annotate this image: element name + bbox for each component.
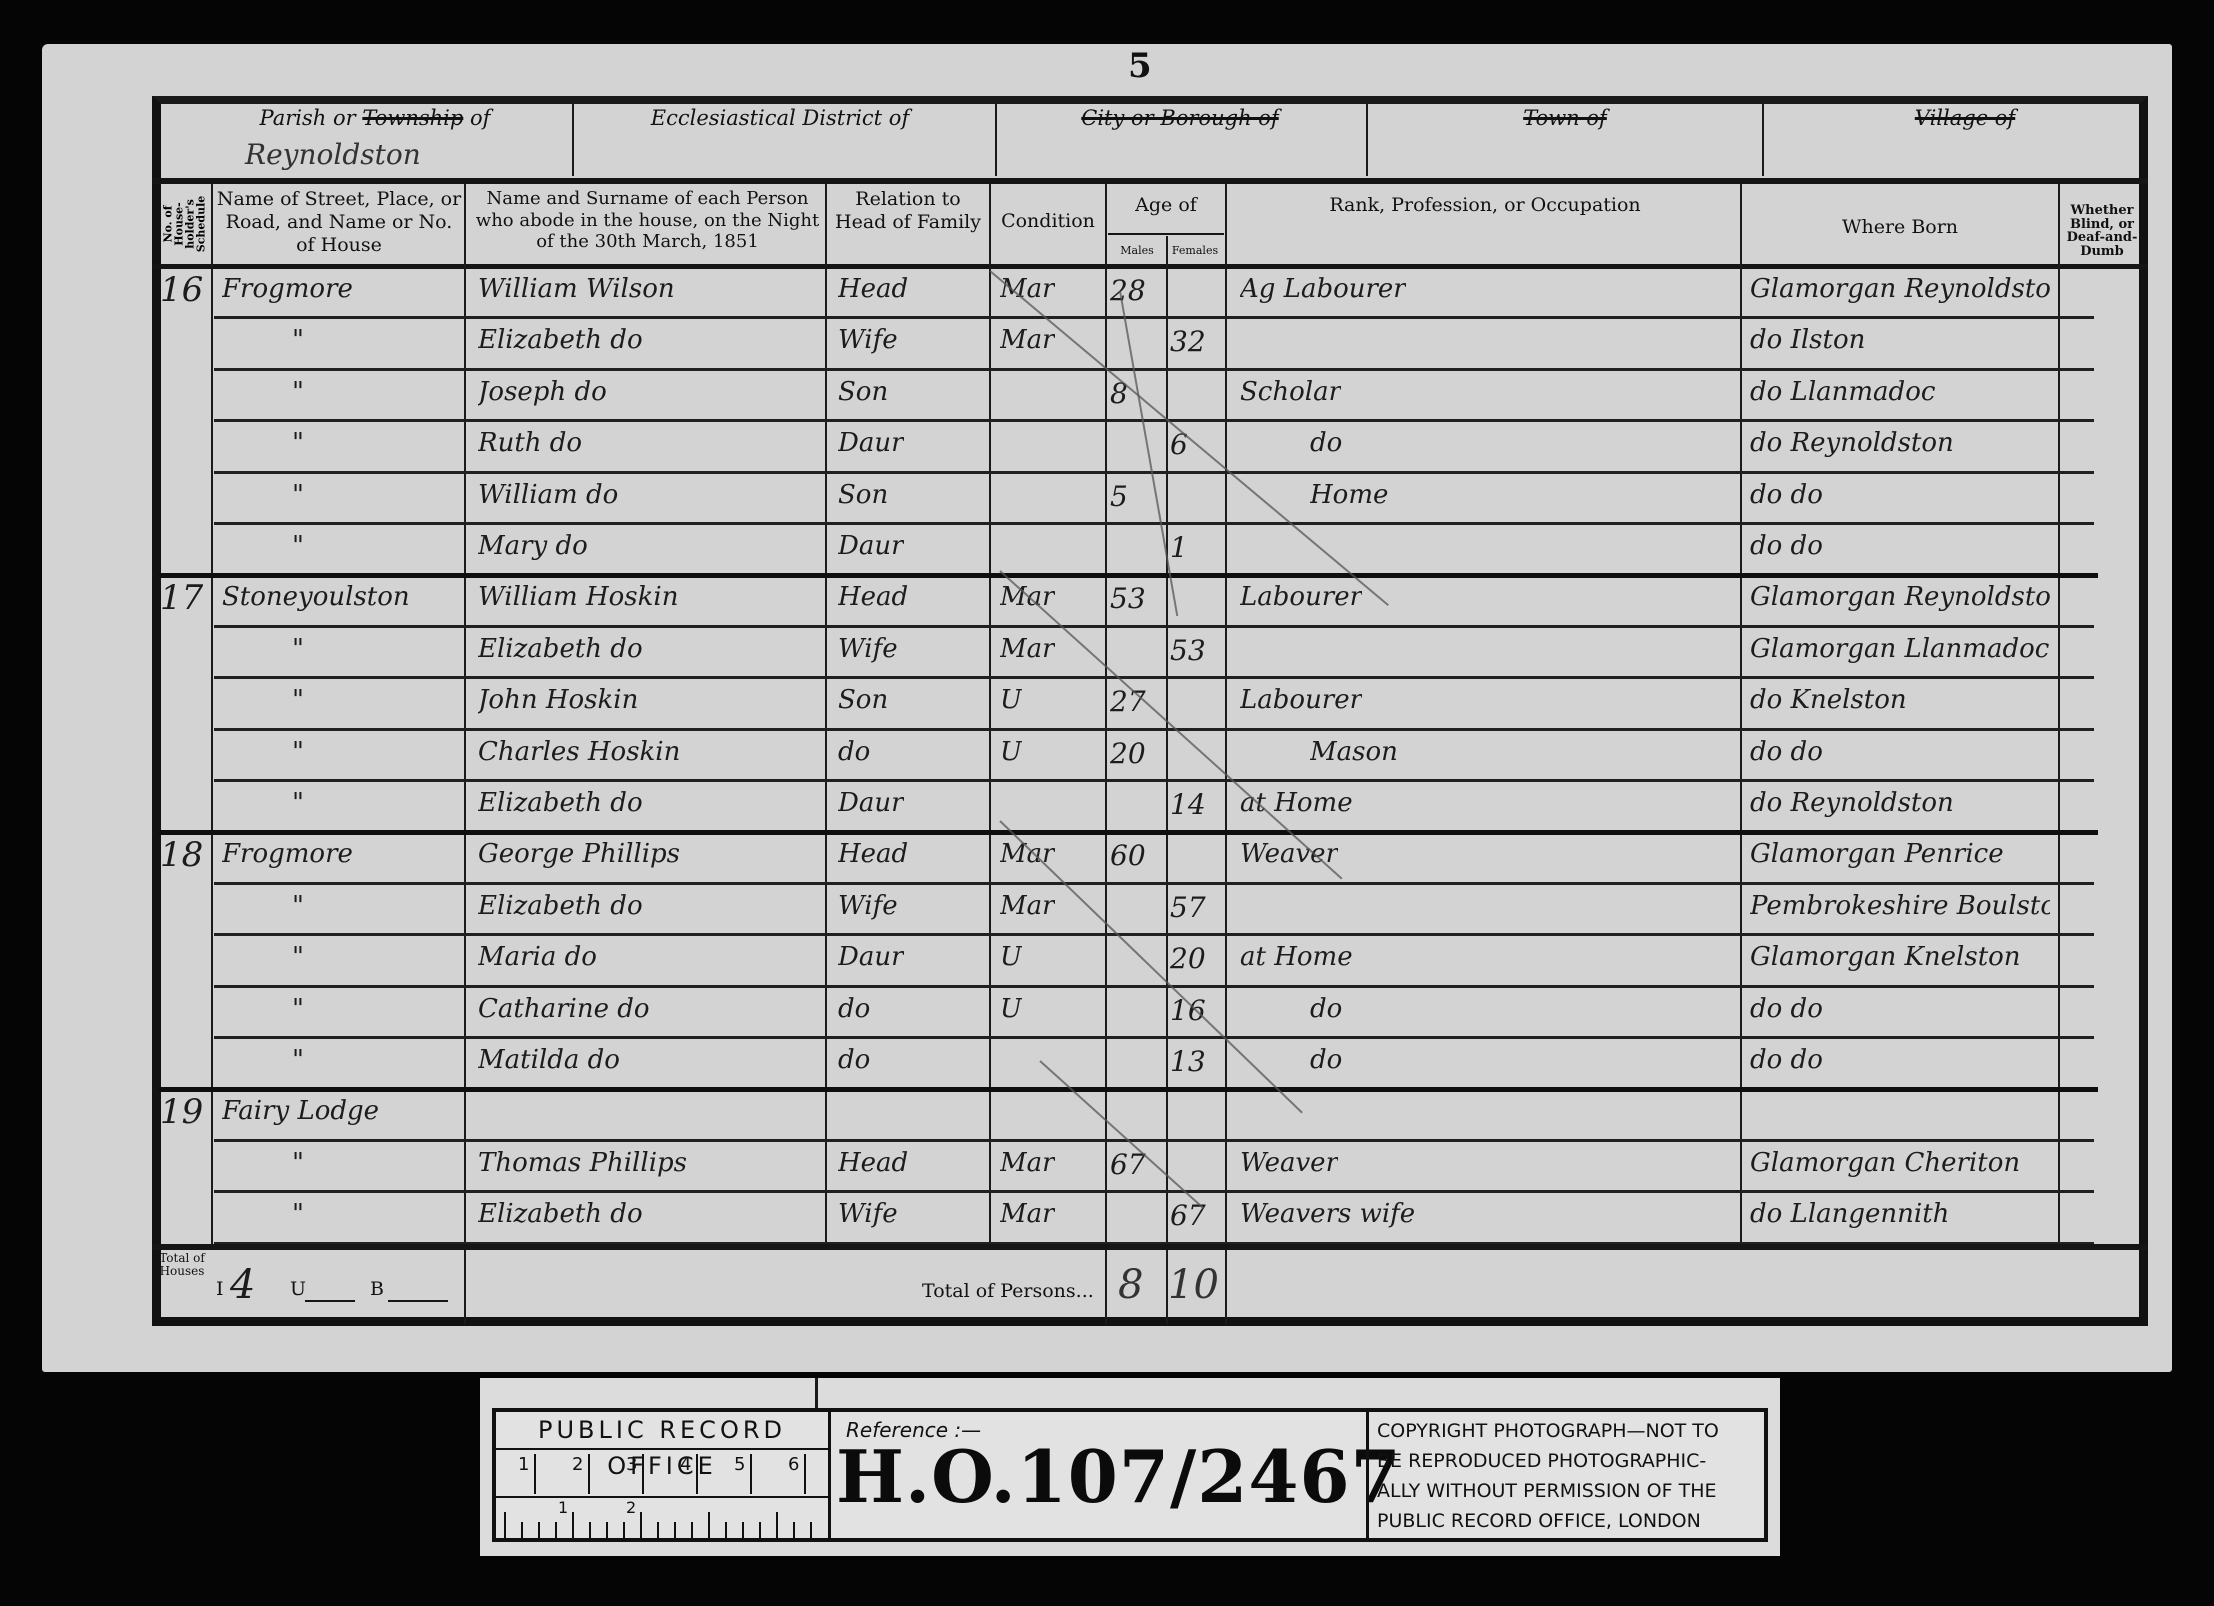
- ruler-tick: [657, 1522, 659, 1540]
- cell-name: Elizabeth do: [478, 634, 643, 664]
- cell-name: Elizabeth do: [478, 788, 643, 818]
- cell-where-born: do do: [1750, 1045, 1823, 1075]
- city-borough-label: City or Borough of: [1010, 106, 1350, 131]
- cell-occupation: Labourer: [1240, 582, 1362, 612]
- ruler-tick: [804, 1454, 806, 1494]
- cell-street: ": [292, 891, 304, 921]
- cell-where-born: do Reynoldston: [1750, 428, 1954, 458]
- ruler-number: 6: [788, 1454, 799, 1475]
- copyright-line: COPYRIGHT PHOTOGRAPH—NOT TO: [1377, 1416, 1764, 1446]
- cell-name: George Phillips: [478, 839, 680, 869]
- cell-where-born: do Llangennith: [1750, 1199, 1949, 1229]
- cell-schedule: 16: [160, 270, 203, 310]
- col-header-occupation: Rank, Profession, or Occupation: [1300, 194, 1670, 217]
- cell-occupation: Weavers wife: [1240, 1199, 1415, 1229]
- ruler-tick: [708, 1512, 710, 1540]
- ruler-tick: [810, 1522, 812, 1540]
- cell-relation: Daur: [838, 942, 904, 972]
- cell-street: Stoneyoulston: [222, 582, 410, 612]
- cell-occupation: Weaver: [1240, 1148, 1338, 1178]
- cell-condition: Mar: [1000, 1148, 1055, 1178]
- cell-relation: Son: [838, 377, 888, 407]
- col-header-relation: Relation to Head of Family: [830, 188, 986, 234]
- row-rule: [214, 625, 2094, 628]
- household-divider: [158, 830, 2098, 835]
- row-rule: [214, 419, 2094, 422]
- cell-name: Elizabeth do: [478, 1199, 643, 1229]
- cell-relation: Head: [838, 582, 908, 612]
- ruler-tick: [759, 1522, 761, 1540]
- ruler-tick: [793, 1522, 795, 1540]
- row-rule: [214, 522, 2094, 525]
- uninhabited-blank: [305, 1300, 355, 1302]
- cell-female-age: 14: [1170, 788, 1206, 821]
- cell-occupation: do: [1310, 1045, 1342, 1075]
- cell-where-born: Glamorgan Cheriton: [1750, 1148, 2020, 1178]
- row-rule: [214, 316, 2094, 319]
- col-line: [1105, 184, 1107, 1324]
- cell-where-born: Glamorgan Knelston: [1750, 942, 2021, 972]
- ruler-number: 1: [518, 1454, 529, 1475]
- cell-female-age: 16: [1170, 994, 1206, 1027]
- cell-where-born: Glamorgan Llanmadoc: [1750, 634, 2049, 664]
- cell-condition: U: [1000, 994, 1022, 1024]
- cell-condition: U: [1000, 737, 1022, 767]
- column-header-divider: [152, 264, 2148, 269]
- ruler-number: 5: [734, 1454, 745, 1475]
- cell-condition: U: [1000, 942, 1022, 972]
- cell-name: Elizabeth do: [478, 891, 643, 921]
- cell-female-age: 53: [1170, 634, 1206, 667]
- totals-divider-top: [152, 1244, 2148, 1250]
- cell-street: ": [292, 428, 304, 458]
- ruler-number: 2: [572, 1454, 583, 1475]
- row-rule: [214, 1139, 2094, 1142]
- cell-relation: do: [838, 994, 870, 1024]
- copyright-line: BE REPRODUCED PHOTOGRAPHIC-: [1377, 1446, 1764, 1476]
- cell-street: ": [292, 737, 304, 767]
- cell-occupation: Mason: [1310, 737, 1398, 767]
- cell-where-born: Pembrokeshire Boulston: [1750, 891, 2050, 921]
- cell-street: ": [292, 1199, 304, 1229]
- ruler-inches: 123456: [496, 1450, 828, 1498]
- header-sep: [1762, 104, 1764, 176]
- cell-street: Frogmore: [222, 839, 353, 869]
- household-divider: [158, 573, 2098, 578]
- cell-name: Thomas Phillips: [478, 1148, 687, 1178]
- cell-name: Maria do: [478, 942, 597, 972]
- cell-condition: Mar: [1000, 634, 1055, 664]
- ruler-tick: [674, 1522, 676, 1540]
- ruler-tick: [725, 1522, 727, 1540]
- ruler-tick: [588, 1454, 590, 1494]
- cell-name: Joseph do: [478, 377, 607, 407]
- cell-female-age: 13: [1170, 1045, 1206, 1078]
- row-rule: [214, 728, 2094, 731]
- cell-occupation: Ag Labourer: [1240, 274, 1406, 304]
- parish-value: Reynoldston: [245, 138, 421, 171]
- cell-where-born: Glamorgan Reynoldston: [1750, 582, 2050, 612]
- cell-where-born: do Reynoldston: [1750, 788, 1954, 818]
- cell-name: Charles Hoskin: [478, 737, 680, 767]
- ruler-number: 4: [680, 1454, 691, 1475]
- ruler-tick: [555, 1522, 557, 1540]
- row-rule: [214, 368, 2094, 371]
- cell-male-age: 60: [1110, 839, 1146, 872]
- cell-name: Mary do: [478, 531, 588, 561]
- cell-where-born: do do: [1750, 994, 1823, 1024]
- stamp-tick: [815, 1378, 818, 1410]
- cell-where-born: do Llanmadoc: [1750, 377, 1935, 407]
- ruler-tick: [750, 1454, 752, 1494]
- cell-relation: Head: [838, 839, 908, 869]
- row-rule: [214, 882, 2094, 885]
- cell-relation: Son: [838, 480, 888, 510]
- cell-street: ": [292, 994, 304, 1024]
- total-houses-label: Total of Houses: [156, 1252, 208, 1277]
- row-rule: [214, 471, 2094, 474]
- reference-value: H.O.107/2467: [836, 1434, 1402, 1519]
- age-divider: [1108, 233, 1224, 235]
- cell-female-age: 32: [1170, 325, 1206, 358]
- cell-condition: Mar: [1000, 891, 1055, 921]
- cell-relation: Head: [838, 274, 908, 304]
- building-blank: [388, 1300, 448, 1302]
- cell-name: William Wilson: [478, 274, 675, 304]
- cell-relation: Son: [838, 685, 888, 715]
- ruler-tick: [696, 1454, 698, 1494]
- total-males: 8: [1118, 1262, 1143, 1308]
- col-header-where-born: Where Born: [1745, 216, 2055, 239]
- cell-occupation: Weaver: [1240, 839, 1338, 869]
- cell-relation: Wife: [838, 1199, 898, 1229]
- copyright-line: ALLY WITHOUT PERMISSION OF THE: [1377, 1476, 1764, 1506]
- village-label: Village of: [1800, 106, 2130, 131]
- public-record-office-stamp: PUBLIC RECORD OFFICE 123456 12 Reference…: [480, 1378, 1780, 1556]
- ruler-tick: [742, 1522, 744, 1540]
- col-header-males: Males: [1108, 244, 1166, 257]
- cell-schedule: 17: [160, 578, 203, 618]
- cell-schedule: 18: [160, 835, 203, 875]
- stamp-box: PUBLIC RECORD OFFICE 123456 12 Reference…: [492, 1408, 1768, 1542]
- cell-condition: U: [1000, 685, 1022, 715]
- cell-relation: do: [838, 737, 870, 767]
- household-divider: [158, 1087, 2098, 1092]
- cell-occupation: at Home: [1240, 942, 1353, 972]
- cell-relation: Wife: [838, 891, 898, 921]
- town-label: Town of: [1400, 106, 1730, 131]
- copyright-line: PUBLIC RECORD OFFICE, LONDON: [1377, 1506, 1764, 1536]
- cell-street: ": [292, 325, 304, 355]
- cell-occupation: Scholar: [1240, 377, 1341, 407]
- cell-where-born: do Ilston: [1750, 325, 1865, 355]
- ecclesiastical-district-label: Ecclesiastical District of: [600, 106, 960, 131]
- ruler-tick: [642, 1454, 644, 1494]
- cell-where-born: do Knelston: [1750, 685, 1907, 715]
- cell-street: ": [292, 788, 304, 818]
- cell-occupation: Home: [1310, 480, 1388, 510]
- copyright-notice: COPYRIGHT PHOTOGRAPH—NOT TOBE REPRODUCED…: [1366, 1412, 1764, 1538]
- ruler-number: 3: [626, 1454, 637, 1475]
- building-label: B: [370, 1278, 384, 1300]
- cell-street: Fairy Lodge: [222, 1096, 379, 1126]
- col-line: [464, 184, 466, 1324]
- ruler: 123456 12: [496, 1450, 831, 1542]
- cell-street: ": [292, 480, 304, 510]
- cell-street: ": [292, 1148, 304, 1178]
- col-header-name: Name and Surname of each Person who abod…: [470, 188, 825, 253]
- cell-where-born: do do: [1750, 737, 1823, 767]
- ruler-tick: [640, 1512, 642, 1540]
- cell-occupation: Labourer: [1240, 685, 1362, 715]
- cell-where-born: do do: [1750, 480, 1823, 510]
- ruler-tick: [572, 1512, 574, 1540]
- parish-label: Parish or Township of: [225, 106, 525, 131]
- cell-relation: Daur: [838, 428, 904, 458]
- header-divider: [152, 178, 2148, 184]
- header-sep: [995, 104, 997, 176]
- cell-relation: do: [838, 1045, 870, 1075]
- cell-condition: Mar: [1000, 274, 1055, 304]
- cell-occupation: do: [1310, 994, 1342, 1024]
- cell-name: William Hoskin: [478, 582, 678, 612]
- total-females: 10: [1168, 1262, 1219, 1308]
- cell-male-age: 53: [1110, 582, 1146, 615]
- col-header-age: Age of: [1108, 194, 1224, 217]
- ruler-tick: [623, 1522, 625, 1540]
- cell-name: Ruth do: [478, 428, 582, 458]
- cell-relation: Daur: [838, 531, 904, 561]
- cell-male-age: 8: [1110, 377, 1128, 410]
- cell-where-born: do do: [1750, 531, 1823, 561]
- cell-where-born: Glamorgan Penrice: [1750, 839, 2004, 869]
- cell-street: ": [292, 377, 304, 407]
- ruler-tick: [691, 1522, 693, 1540]
- col-header-blind: Whether Blind, or Deaf-and-Dumb: [2062, 204, 2142, 259]
- cell-name: Elizabeth do: [478, 325, 643, 355]
- cell-name: William do: [478, 480, 618, 510]
- cell-occupation: do: [1310, 428, 1342, 458]
- cell-male-age: 28: [1110, 274, 1146, 307]
- cell-condition: Mar: [1000, 1199, 1055, 1229]
- cell-street: Frogmore: [222, 274, 353, 304]
- row-rule: [214, 933, 2094, 936]
- ruler-tick: [538, 1522, 540, 1540]
- cell-male-age: 5: [1110, 480, 1128, 513]
- cell-relation: Wife: [838, 325, 898, 355]
- cell-street: ": [292, 685, 304, 715]
- col-header-condition: Condition: [992, 210, 1104, 233]
- cell-schedule: 19: [160, 1092, 203, 1132]
- ruler-tick: [534, 1454, 536, 1494]
- ruler-tick: [589, 1522, 591, 1540]
- cell-female-age: 57: [1170, 891, 1206, 924]
- inhabited-label: I: [216, 1278, 224, 1300]
- cell-name: Matilda do: [478, 1045, 620, 1075]
- ruler-centimetres: 12: [496, 1498, 828, 1542]
- page-number: 5: [1128, 46, 1152, 86]
- cell-name: John Hoskin: [478, 685, 638, 715]
- cell-street: ": [292, 531, 304, 561]
- office-name: PUBLIC RECORD OFFICE: [496, 1412, 831, 1450]
- col-line: [1225, 184, 1227, 1324]
- ruler-number: 1: [558, 1498, 568, 1517]
- uninhabited-label: U: [290, 1278, 306, 1300]
- header-sep: [1366, 104, 1368, 176]
- col-header-females: Females: [1166, 244, 1224, 257]
- ruler-tick: [606, 1522, 608, 1540]
- cell-male-age: 27: [1110, 685, 1146, 718]
- cell-street: ": [292, 942, 304, 972]
- cell-male-age: 20: [1110, 737, 1146, 770]
- cell-relation: Daur: [838, 788, 904, 818]
- header-sep: [572, 104, 574, 176]
- ruler-tick: [504, 1512, 506, 1540]
- cell-relation: Head: [838, 1148, 908, 1178]
- col-header-street: Name of Street, Place, or Road, and Name…: [215, 188, 463, 256]
- ruler-number: 2: [626, 1498, 636, 1517]
- cell-street: ": [292, 634, 304, 664]
- cell-name: Catharine do: [478, 994, 650, 1024]
- row-rule: [214, 1190, 2094, 1193]
- row-rule: [214, 1036, 2094, 1039]
- row-rule: [214, 779, 2094, 782]
- col-header-schedule: No. of House-holder's Schedule: [157, 186, 211, 262]
- cell-condition: Mar: [1000, 325, 1055, 355]
- cell-where-born: Glamorgan Reynoldston: [1750, 274, 2050, 304]
- cell-street: ": [292, 1045, 304, 1075]
- row-rule: [214, 985, 2094, 988]
- ruler-tick: [521, 1522, 523, 1540]
- total-persons-label: Total of Persons...: [922, 1280, 1094, 1302]
- cell-female-age: 20: [1170, 942, 1206, 975]
- row-rule: [214, 676, 2094, 679]
- cell-female-age: 1: [1170, 531, 1188, 564]
- cell-relation: Wife: [838, 634, 898, 664]
- ruler-tick: [776, 1512, 778, 1540]
- inhabited-value: 4: [230, 1262, 255, 1308]
